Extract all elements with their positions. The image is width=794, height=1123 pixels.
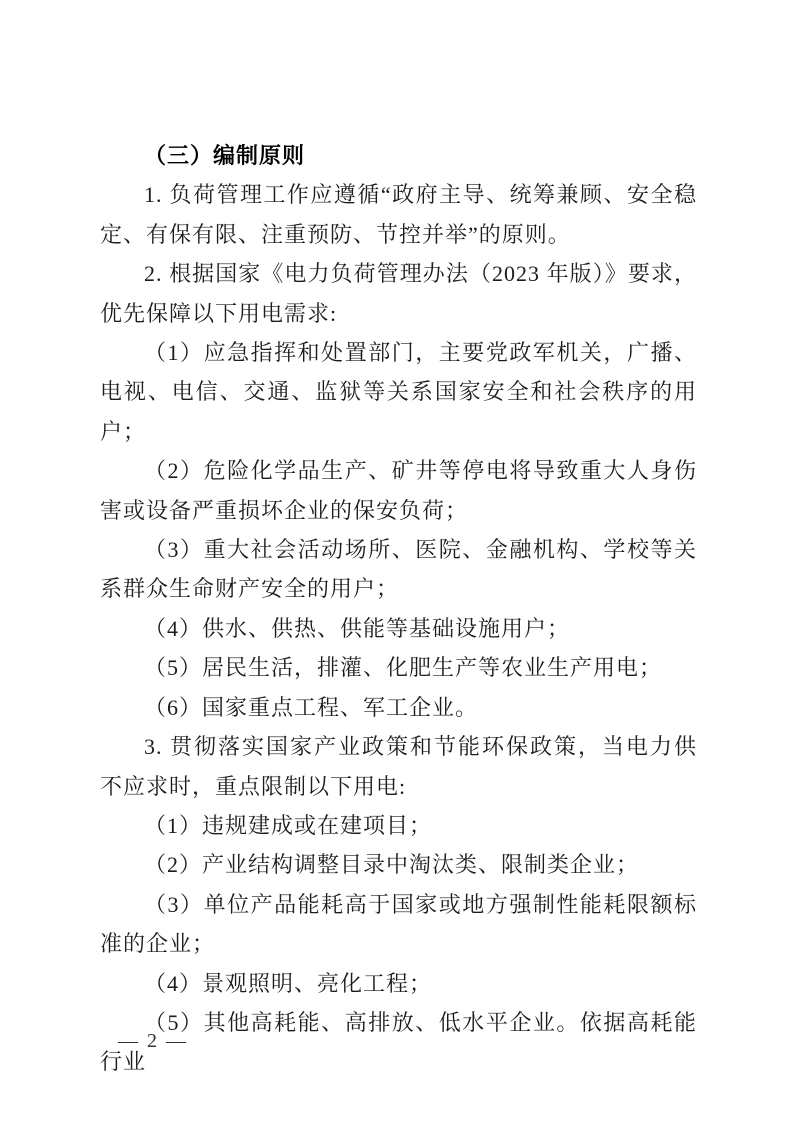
paragraph: （3）单位产品能耗高于国家或地方强制性能耗限额标准的企业； (100, 885, 697, 964)
paragraph: （5）其他高耗能、高排放、低水平企业。依据高耗能行业 (100, 1003, 697, 1082)
paragraph: （4）供水、供热、供能等基础设施用户； (100, 609, 697, 648)
section-heading: （三）编制原则 (100, 136, 697, 175)
paragraph: （2）产业结构调整目录中淘汰类、限制类企业； (100, 845, 697, 884)
paragraph: （3）重大社会活动场所、医院、金融机构、学校等关系群众生命财产安全的用户； (100, 530, 697, 609)
paragraph: （6）国家重点工程、军工企业。 (100, 688, 697, 727)
document-body: （三）编制原则 1. 负荷管理工作应遵循“政府主导、统筹兼顾、安全稳定、有保有限… (100, 136, 697, 1082)
paragraph: （2）危险化学品生产、矿井等停电将导致重大人身伤害或设备严重损坏企业的保安负荷； (100, 451, 697, 530)
page-number: — 2 — (118, 1030, 188, 1053)
paragraph: （1）应急指挥和处置部门，主要党政军机关，广播、电视、电信、交通、监狱等关系国家… (100, 333, 697, 451)
paragraph: 3. 贯彻落实国家产业政策和节能环保政策，当电力供不应求时，重点限制以下用电: (100, 727, 697, 806)
paragraph: 1. 负荷管理工作应遵循“政府主导、统筹兼顾、安全稳定、有保有限、注重预防、节控… (100, 175, 697, 254)
paragraph: （5）居民生活，排灌、化肥生产等农业生产用电； (100, 648, 697, 687)
document-page: （三）编制原则 1. 负荷管理工作应遵循“政府主导、统筹兼顾、安全稳定、有保有限… (0, 0, 794, 1123)
paragraph: 2. 根据国家《电力负荷管理办法（2023 年版）》要求，优先保障以下用电需求: (100, 254, 697, 333)
paragraph: （1）违规建成或在建项目； (100, 806, 697, 845)
paragraph: （4）景观照明、亮化工程； (100, 964, 697, 1003)
